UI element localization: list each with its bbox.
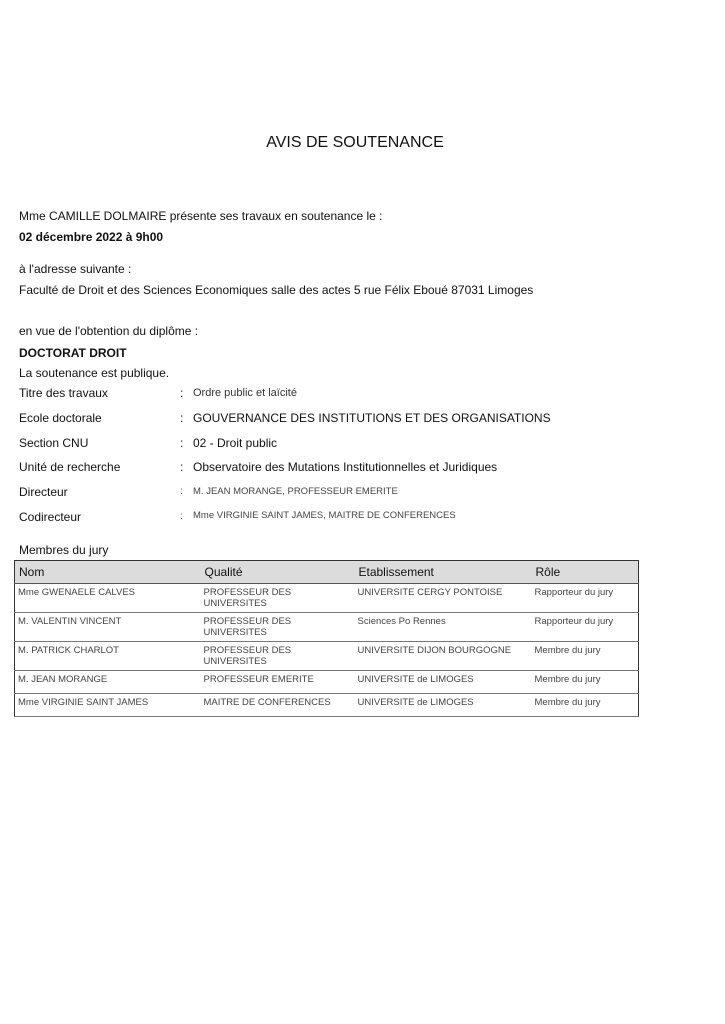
detail-value-codirector: Mme VIRGINIE SAINT JAMES, MAITRE DE CONF…	[193, 510, 456, 521]
table-row: Mme GWENAELE CALVES PROFESSEUR DES UNIVE…	[15, 584, 639, 613]
jury-heading: Membres du jury	[19, 543, 108, 557]
detail-value-cnu-section: 02 - Droit public	[193, 436, 277, 450]
detail-separator: :	[180, 511, 183, 522]
detail-value-research-unit: Observatoire des Mutations Institutionne…	[193, 460, 497, 474]
detail-label-research-unit: Unité de recherche	[19, 460, 120, 474]
cell-role: Rapporteur du jury	[532, 584, 639, 613]
cell-institution: UNIVERSITE DIJON BOURGOGNE	[355, 642, 532, 671]
candidate-line: Mme CAMILLE DOLMAIRE présente ses travau…	[19, 209, 383, 223]
cell-quality: PROFESSEUR EMERITE	[201, 671, 355, 694]
detail-value-director: M. JEAN MORANGE, PROFESSEUR EMERITE	[193, 486, 398, 497]
detail-label-director: Directeur	[19, 485, 68, 499]
cell-role: Membre du jury	[532, 642, 639, 671]
cell-name: Mme GWENAELE CALVES	[15, 584, 201, 613]
diploma-label: en vue de l'obtention du diplôme :	[19, 324, 198, 338]
detail-label-doctoral-school: Ecole doctorale	[19, 411, 102, 425]
cell-quality: PROFESSEUR DES UNIVERSITES	[201, 642, 355, 671]
detail-label-title: Titre des travaux	[19, 386, 108, 400]
defense-date: 02 décembre 2022 à 9h00	[19, 230, 163, 244]
cell-quality: MAITRE DE CONFERENCES	[201, 694, 355, 717]
page-title: AVIS DE SOUTENANCE	[0, 134, 710, 152]
detail-separator: :	[180, 386, 183, 400]
detail-separator: :	[180, 436, 183, 450]
column-header-quality: Qualité	[201, 561, 355, 584]
diploma: DOCTORAT DROIT	[19, 346, 127, 360]
detail-label-codirector: Codirecteur	[19, 510, 81, 524]
column-header-institution: Etablissement	[355, 561, 532, 584]
table-row: M. JEAN MORANGE PROFESSEUR EMERITE UNIVE…	[15, 671, 639, 694]
cell-role: Rapporteur du jury	[532, 613, 639, 642]
cell-name: Mme VIRGINIE SAINT JAMES	[15, 694, 201, 717]
table-row: M. VALENTIN VINCENT PROFESSEUR DES UNIVE…	[15, 613, 639, 642]
jury-table: Nom Qualité Etablissement Rôle Mme GWENA…	[14, 560, 639, 717]
table-row: Mme VIRGINIE SAINT JAMES MAITRE DE CONFE…	[15, 694, 639, 717]
cell-name: M. JEAN MORANGE	[15, 671, 201, 694]
cell-name: M. PATRICK CHARLOT	[15, 642, 201, 671]
cell-institution: UNIVERSITE de LIMOGES	[355, 694, 532, 717]
cell-quality: PROFESSEUR DES UNIVERSITES	[201, 613, 355, 642]
detail-separator: :	[180, 486, 183, 497]
address: Faculté de Droit et des Sciences Economi…	[19, 283, 533, 297]
detail-value-doctoral-school: GOUVERNANCE DES INSTITUTIONS ET DES ORGA…	[193, 411, 551, 425]
address-label: à l'adresse suivante :	[19, 262, 131, 276]
detail-separator: :	[180, 460, 183, 474]
cell-quality: PROFESSEUR DES UNIVERSITES	[201, 584, 355, 613]
column-header-role: Rôle	[532, 561, 639, 584]
cell-institution: UNIVERSITE de LIMOGES	[355, 671, 532, 694]
cell-name: M. VALENTIN VINCENT	[15, 613, 201, 642]
table-row: M. PATRICK CHARLOT PROFESSEUR DES UNIVER…	[15, 642, 639, 671]
public-note: La soutenance est publique.	[19, 366, 169, 380]
jury-table-header: Nom Qualité Etablissement Rôle	[15, 561, 639, 584]
cell-institution: Sciences Po Rennes	[355, 613, 532, 642]
cell-role: Membre du jury	[532, 694, 639, 717]
cell-role: Membre du jury	[532, 671, 639, 694]
detail-label-cnu-section: Section CNU	[19, 436, 88, 450]
cell-institution: UNIVERSITE CERGY PONTOISE	[355, 584, 532, 613]
detail-value-title: Ordre public et laïcité	[193, 387, 297, 399]
detail-separator: :	[180, 411, 183, 425]
column-header-name: Nom	[15, 561, 201, 584]
